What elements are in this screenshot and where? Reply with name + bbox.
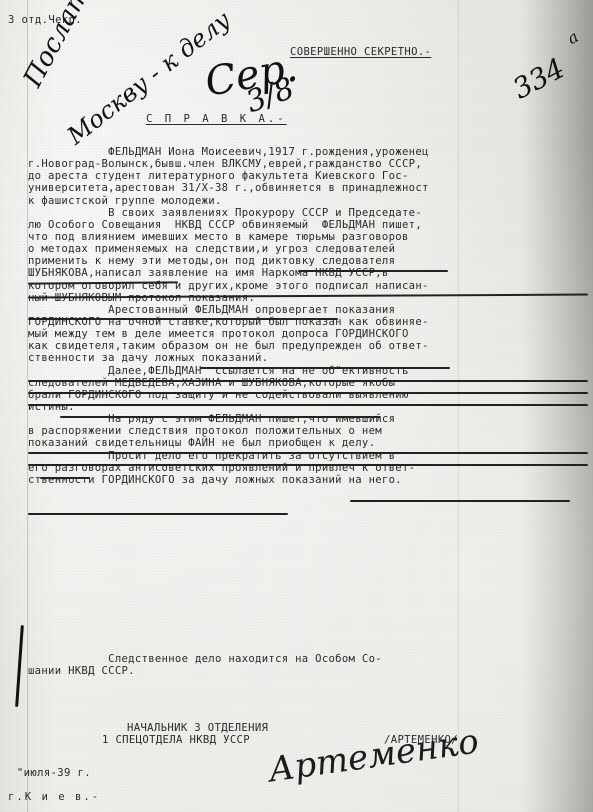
pencil-underline xyxy=(298,270,448,272)
pencil-underline xyxy=(60,416,380,418)
body-line: Арестованный ФЕЛЬДМАН опровергает показа… xyxy=(28,304,588,316)
body-line: истины. xyxy=(28,401,588,413)
signatory-title-line1: НАЧАЛЬНИК 3 ОТДЕЛЕНИЯ xyxy=(127,722,268,734)
body-line: как свидетеля,таким образом он не был пр… xyxy=(28,340,588,352)
pencil-underline xyxy=(28,513,288,515)
closing-line: Следственное дело находится на Особом Со… xyxy=(28,653,588,665)
body-line: лю Особого Совещания НКВД СССР обвиняемы… xyxy=(28,219,588,231)
body-line: университета,арестован 31/X-38 г.,обвиня… xyxy=(28,182,588,194)
body-line: ственности за дачу ложных показаний. xyxy=(28,352,588,364)
document-body: ФЕЛЬДМАН Иона Моисеевич,1917 г.рождения,… xyxy=(28,146,588,486)
body-line: ФЕЛЬДМАН Иона Моисеевич,1917 г.рождения,… xyxy=(28,146,588,158)
pencil-underline xyxy=(28,404,588,406)
body-line: следователей МЕДВЕДЕВА,ХАЗИНА и ШУБНЯКОВ… xyxy=(28,377,588,389)
archival-document-page: 3 отд.Чекр. СОВЕРШЕННО СЕКРЕТНО.- С П Р … xyxy=(0,0,593,812)
archive-number: 334 xyxy=(507,51,570,105)
pencil-underline xyxy=(28,392,588,394)
body-line: брали ГОРДИНСКОГО под защиту и не содейс… xyxy=(28,389,588,401)
body-line: В своих заявлениях Прокурору СССР и Пред… xyxy=(28,207,588,219)
pencil-underline xyxy=(28,464,588,466)
body-line: ственности ГОРДИНСКОГО за дачу ложных по… xyxy=(28,474,588,486)
body-line: показаний свидетельницы ФАЙН не был прио… xyxy=(28,437,588,449)
document-place: г.К и е в.- xyxy=(8,791,100,803)
margin-mark xyxy=(15,625,24,707)
classification-stamp: СОВЕРШЕННО СЕКРЕТНО.- xyxy=(290,46,431,58)
handwritten-signature: Артеменко xyxy=(266,721,481,790)
pencil-underline xyxy=(40,477,90,479)
body-line: г.Новоград-Волынск,бывш.член ВЛКСМУ,евре… xyxy=(28,158,588,170)
pencil-underline xyxy=(28,452,588,454)
closing-text: Следственное дело находится на Особом Со… xyxy=(28,653,588,677)
body-line: к фашистской группе молодежи. xyxy=(28,195,588,207)
signatory-title-line2: 1 СПЕЦОТДЕЛА НКВД УССР xyxy=(102,734,250,746)
body-line: применить к нему эти методы,он под дикто… xyxy=(28,255,588,267)
pencil-underline xyxy=(28,318,338,320)
body-line: На ряду с этим ФЕЛЬДМАН пишет,что имевши… xyxy=(28,413,588,425)
body-line: мый между тем в деле имеется протокол до… xyxy=(28,328,588,340)
pencil-underline xyxy=(350,500,570,502)
body-line: в распоряжении следствия протокол положи… xyxy=(28,425,588,437)
pencil-underline xyxy=(200,367,450,369)
closing-line: шании НКВД СССР. xyxy=(28,665,588,677)
body-line: что под влиянием имевших место в камере … xyxy=(28,231,588,243)
pencil-underline xyxy=(28,380,588,382)
body-line: до ареста студент литературного факульте… xyxy=(28,170,588,182)
archive-number-suffix: а xyxy=(564,27,582,48)
body-line: о методах применяемых на следствии,и угр… xyxy=(28,243,588,255)
document-date: " "июля-39 г. xyxy=(0,767,91,779)
